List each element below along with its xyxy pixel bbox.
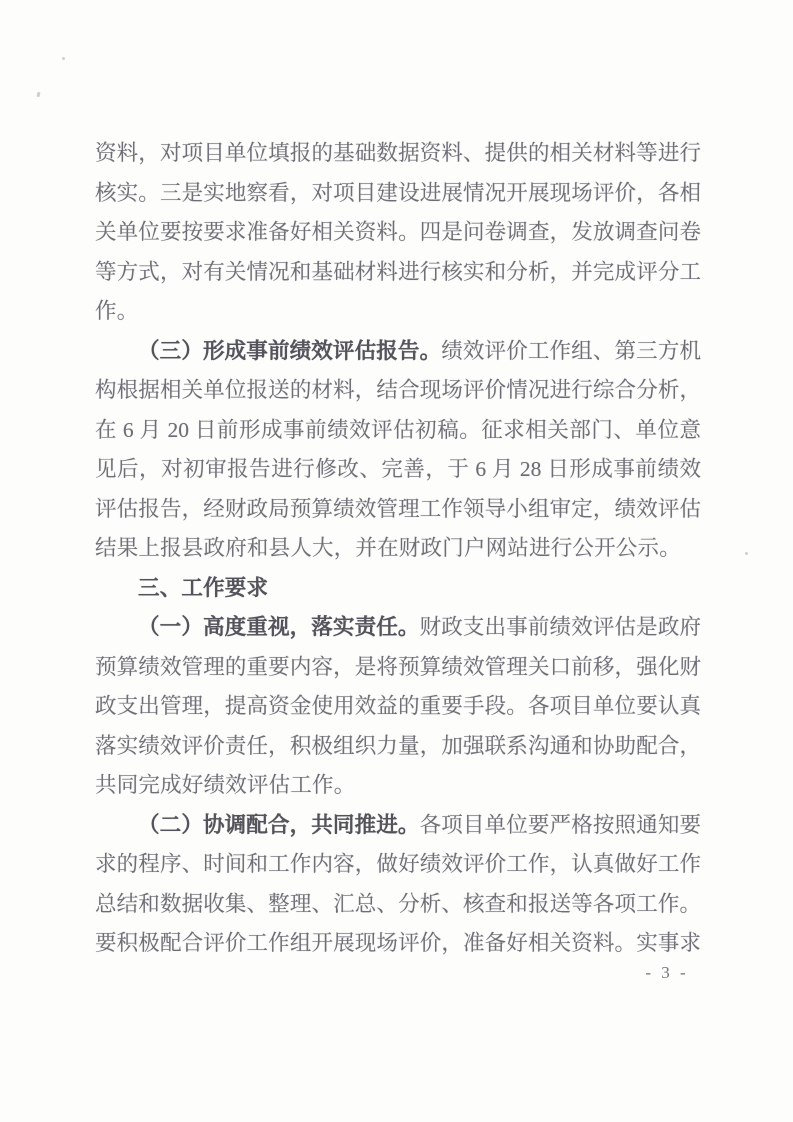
document-page: 资料，对项目单位填报的基础数据资料、提供的相关材料等进行核实。三是实地察看，对项… <box>0 0 793 1122</box>
document-body: 资料，对项目单位填报的基础数据资料、提供的相关材料等进行核实。三是实地察看，对项… <box>95 134 701 964</box>
line-text: 财政支出事前绩效评估是政府 <box>420 615 701 639</box>
line-text: 要积极配合评价工作组开展现场评价，准备好相关资料。实事求 <box>95 931 701 955</box>
line-text: 落实绩效评价责任，积极组织力量，加强联系沟通和协助配合， <box>95 734 701 758</box>
scan-speckle <box>745 552 748 555</box>
scan-speckle <box>36 92 40 98</box>
line-text: 关单位要按要求准备好相关资料。四是问卷调查，发放调查问卷 <box>95 220 701 244</box>
text-line: （二）协调配合，共同推进。各项目单位要严格按照通知要 <box>95 806 701 846</box>
line-text: 各项目单位要严格按照通知要 <box>420 813 701 837</box>
line-text: 评估报告，经财政局预算绩效管理工作领导小组审定，绩效评估 <box>95 497 701 521</box>
line-text: 作。 <box>95 299 138 323</box>
bold-heading: （三）形成事前绩效评估报告。 <box>138 339 441 363</box>
line-text: 在 6 月 20 日前形成事前绩效评估初稿。征求相关部门、单位意 <box>95 418 701 442</box>
line-text: 资料，对项目单位填报的基础数据资料、提供的相关材料等进行 <box>95 141 701 165</box>
text-line: 共同完成好绩效评估工作。 <box>95 766 701 806</box>
text-line: 等方式，对有关情况和基础材料进行核实和分析，并完成评分工 <box>95 253 701 293</box>
line-text: 绩效评价工作组、第三方机 <box>441 339 701 363</box>
text-line: 关单位要按要求准备好相关资料。四是问卷调查，发放调查问卷 <box>95 213 701 253</box>
text-line: 政支出管理，提高资金使用效益的重要手段。各项目单位要认真 <box>95 687 701 727</box>
scan-speckle <box>62 57 65 60</box>
text-line: 核实。三是实地察看，对项目建设进展情况开展现场评价，各相 <box>95 174 701 214</box>
text-line: 要积极配合评价工作组开展现场评价，准备好相关资料。实事求 <box>95 924 701 964</box>
line-text: 构根据相关单位报送的材料，结合现场评价情况进行综合分析， <box>95 378 701 402</box>
line-text: 核实。三是实地察看，对项目建设进展情况开展现场评价，各相 <box>95 181 701 205</box>
text-line: 构根据相关单位报送的材料，结合现场评价情况进行综合分析， <box>95 371 701 411</box>
text-line: 三、工作要求 <box>95 569 701 609</box>
text-line: 评估报告，经财政局预算绩效管理工作领导小组审定，绩效评估 <box>95 490 701 530</box>
text-line: 结果上报县政府和县人大，并在财政门户网站进行公开公示。 <box>95 529 701 569</box>
line-text: 结果上报县政府和县人大，并在财政门户网站进行公开公示。 <box>95 536 681 560</box>
text-line: （一）高度重视，落实责任。财政支出事前绩效评估是政府 <box>95 608 701 648</box>
page-number: - 3 - <box>632 963 702 983</box>
bold-heading: （二）协调配合，共同推进。 <box>138 813 420 837</box>
text-line: （三）形成事前绩效评估报告。绩效评价工作组、第三方机 <box>95 332 701 372</box>
line-text: 预算绩效管理的重要内容，是将预算绩效管理关口前移，强化财 <box>95 655 701 679</box>
bold-heading: 三、工作要求 <box>138 576 268 600</box>
line-text: 求的程序、时间和工作内容，做好绩效评价工作，认真做好工作 <box>95 852 701 876</box>
bold-heading: （一）高度重视，落实责任。 <box>138 615 420 639</box>
text-line: 见后，对初审报告进行修改、完善，于 6 月 28 日形成事前绩效 <box>95 450 701 490</box>
line-text: 政支出管理，提高资金使用效益的重要手段。各项目单位要认真 <box>95 694 701 718</box>
text-line: 总结和数据收集、整理、汇总、分析、核查和报送等各项工作。 <box>95 885 701 925</box>
line-text: 总结和数据收集、整理、汇总、分析、核查和报送等各项工作。 <box>95 892 701 916</box>
text-line: 资料，对项目单位填报的基础数据资料、提供的相关材料等进行 <box>95 134 701 174</box>
text-line: 落实绩效评价责任，积极组织力量，加强联系沟通和协助配合， <box>95 727 701 767</box>
text-line: 作。 <box>95 292 701 332</box>
line-text: 共同完成好绩效评估工作。 <box>95 773 355 797</box>
text-line: 在 6 月 20 日前形成事前绩效评估初稿。征求相关部门、单位意 <box>95 411 701 451</box>
text-line: 求的程序、时间和工作内容，做好绩效评价工作，认真做好工作 <box>95 845 701 885</box>
line-text: 等方式，对有关情况和基础材料进行核实和分析，并完成评分工 <box>95 260 701 284</box>
text-line: 预算绩效管理的重要内容，是将预算绩效管理关口前移，强化财 <box>95 648 701 688</box>
line-text: 见后，对初审报告进行修改、完善，于 6 月 28 日形成事前绩效 <box>95 457 701 481</box>
